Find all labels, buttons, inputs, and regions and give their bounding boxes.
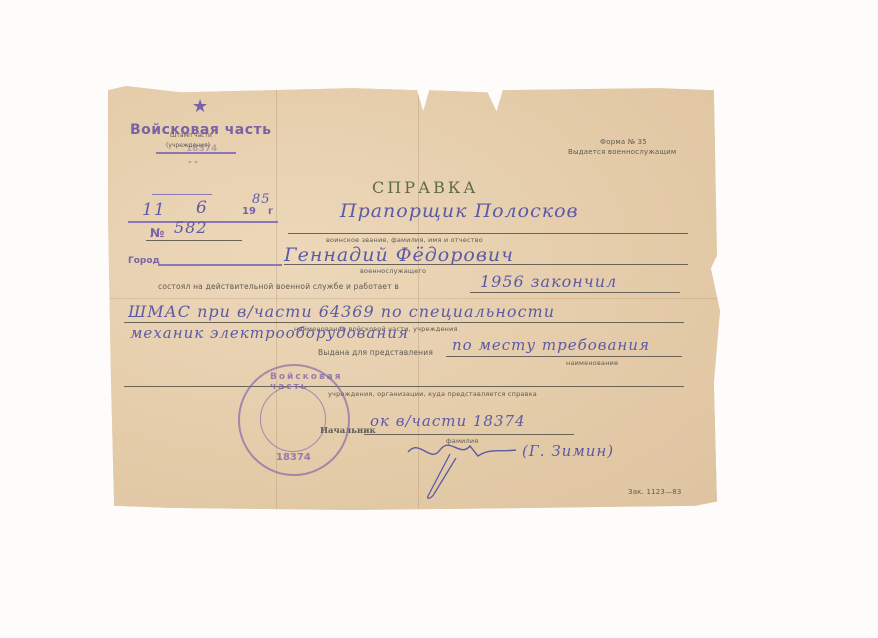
name-line-1: Прапорщик Полосков bbox=[340, 200, 579, 222]
issued-for-label: Выдана для представления bbox=[318, 348, 433, 357]
fold-line bbox=[108, 298, 720, 299]
name-caption: воинское звание, фамилия, имя и отчество bbox=[326, 236, 483, 244]
date-year-prefix: 19 bbox=[242, 206, 256, 217]
name-line-2: Геннадий Фёдорович bbox=[284, 244, 514, 266]
organization-caption: учреждения, организации, куда представля… bbox=[328, 390, 537, 398]
order-code: Зак. 1123—83 bbox=[628, 488, 682, 496]
star-icon: ★ bbox=[192, 96, 208, 117]
service-handwritten: 1956 закончил bbox=[480, 272, 617, 291]
signature-name: (Г. Зимин) bbox=[522, 442, 614, 460]
service-prefix: состоял на действительной военной службе… bbox=[158, 282, 399, 291]
seal-emblem bbox=[260, 386, 326, 452]
serviceman-caption: военнослужащего bbox=[360, 267, 426, 275]
specialty-line: механик электрооборудования bbox=[130, 324, 409, 342]
document-title: СПРАВКА bbox=[372, 178, 478, 197]
seal-number: 18374 bbox=[276, 452, 311, 463]
form-issued-to: Выдается военнослужащим bbox=[568, 148, 676, 156]
date-suffix: г bbox=[268, 206, 273, 217]
stamp-marks: " " bbox=[188, 160, 198, 168]
issued-for-value: по месту требования bbox=[452, 336, 650, 354]
number-value: 582 bbox=[174, 218, 208, 237]
issued-for-caption: наименование bbox=[566, 359, 618, 367]
date-month: 6 bbox=[196, 198, 208, 218]
certificate-paper: ★ Войсковая часть Штамп части (учреждени… bbox=[108, 86, 720, 510]
date-day: 11 bbox=[142, 200, 166, 220]
date-year: 85 bbox=[252, 192, 271, 207]
unit-line: ШМАС при в/части 64369 по специальности bbox=[128, 302, 555, 321]
city-label: Город bbox=[128, 256, 160, 266]
chief-value: ок в/части 18374 bbox=[370, 412, 526, 430]
round-seal: Войсковая часть 18374 bbox=[238, 364, 350, 476]
stamp-caption: Штамп части bbox=[170, 132, 212, 139]
form-number: Форма № 35 bbox=[600, 138, 647, 146]
signature-icon bbox=[400, 434, 520, 504]
number-label: № bbox=[150, 226, 164, 240]
seal-text: Войсковая часть bbox=[270, 372, 348, 392]
